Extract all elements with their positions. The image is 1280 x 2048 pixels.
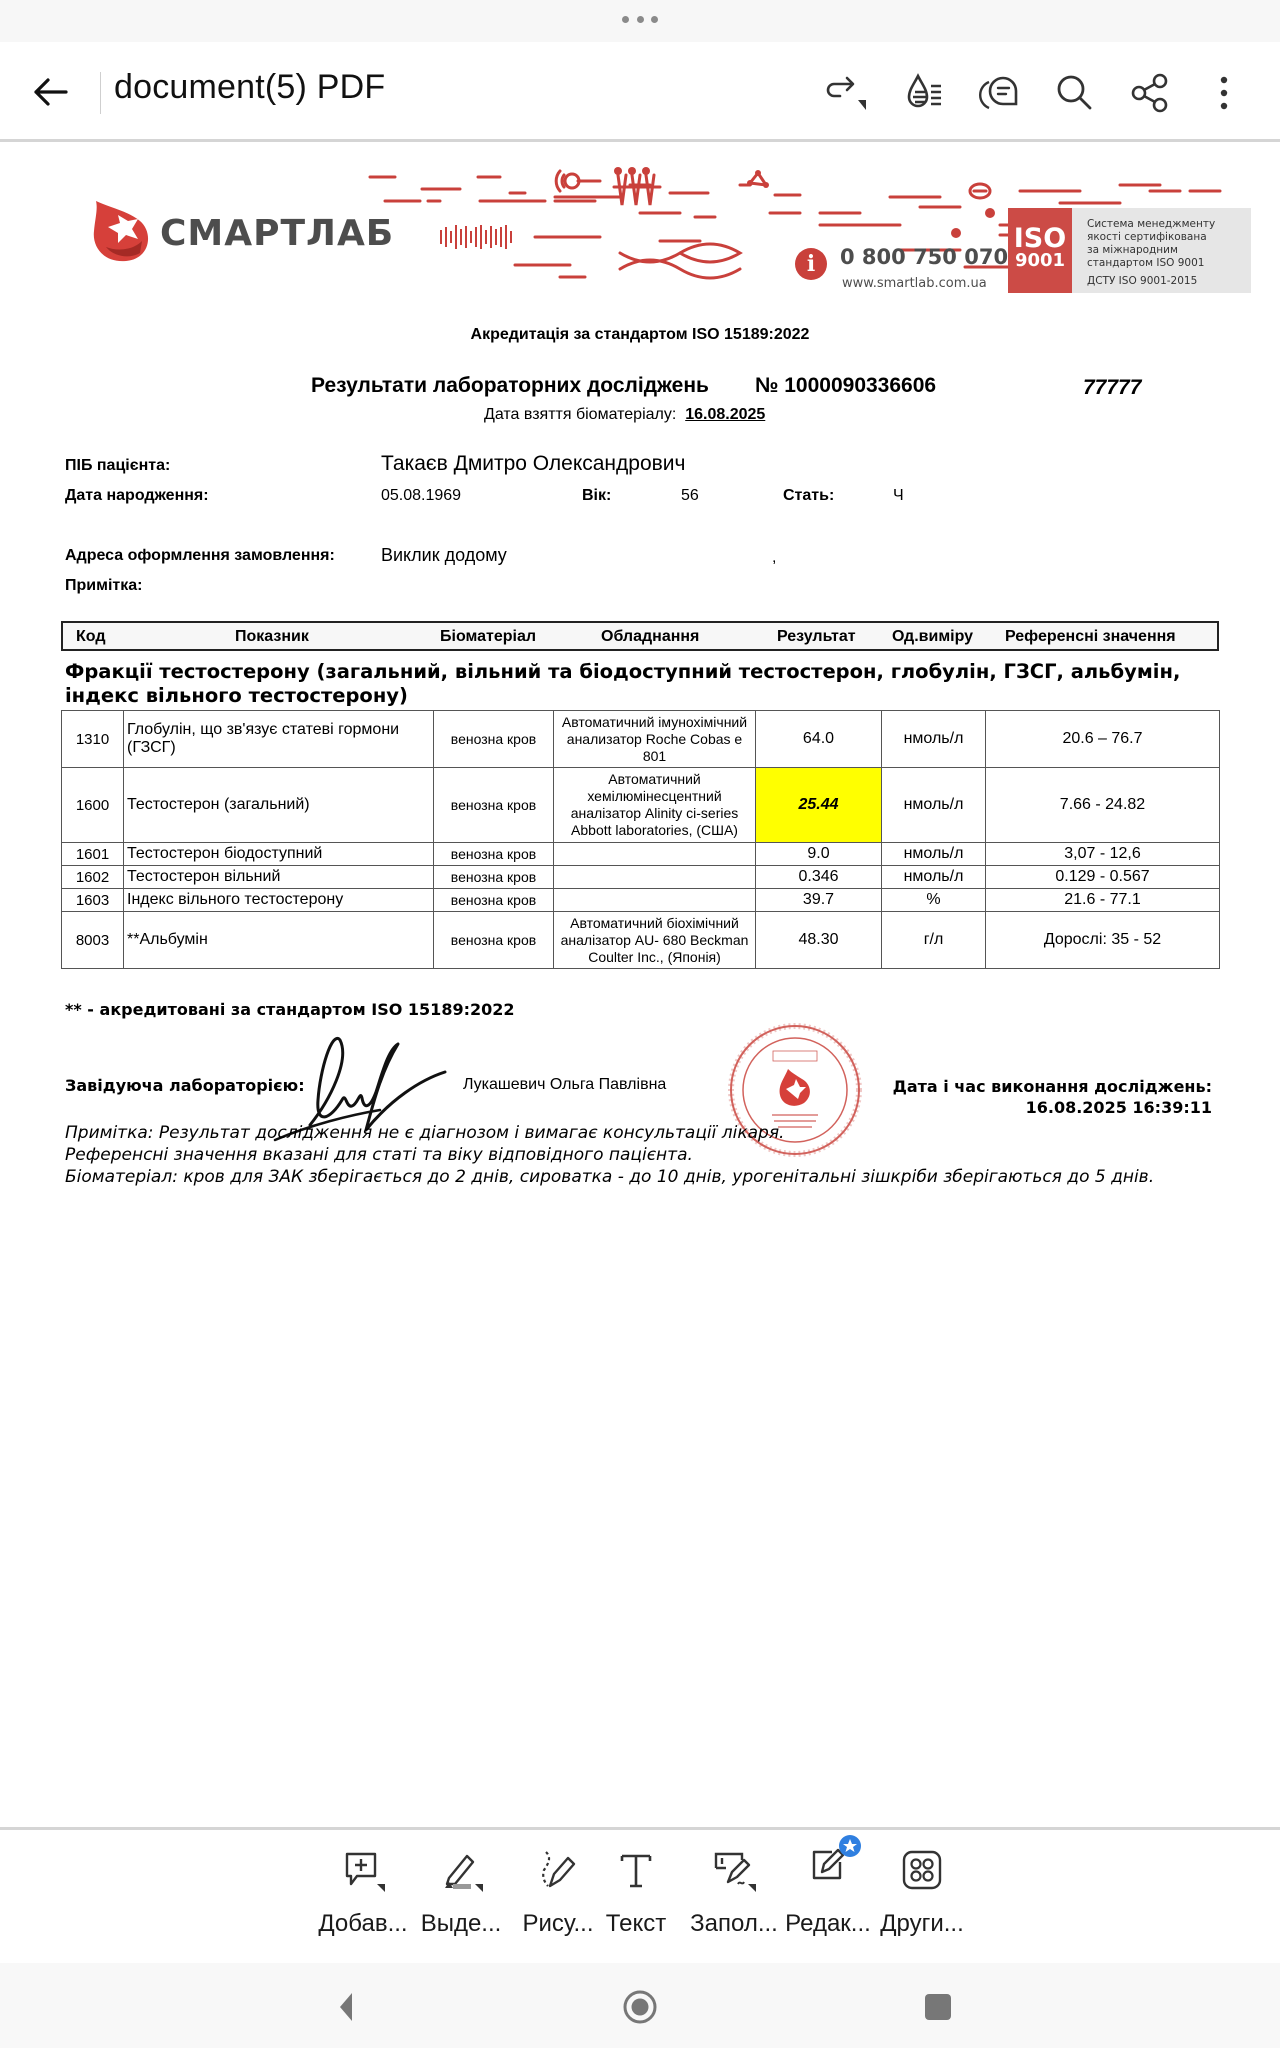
results-table-header: Код Показник Біоматеріал Обладнання Резу… bbox=[61, 621, 1219, 651]
report-code: 77777 bbox=[1083, 376, 1141, 400]
edit-icon bbox=[806, 1834, 864, 1884]
note-label: Примітка: bbox=[65, 577, 142, 595]
row-unit: нмоль/л bbox=[882, 711, 986, 768]
sex-label: Стать: bbox=[783, 487, 834, 505]
row-reference: 7.66 - 24.82 bbox=[986, 768, 1220, 843]
title-divider bbox=[100, 72, 101, 114]
nav-recents-icon bbox=[916, 1985, 960, 2029]
add-comment-icon bbox=[341, 1848, 387, 1894]
iso-certification-badge: ISO 9001 Система менеджменту якості серт… bbox=[1008, 208, 1251, 293]
back-button[interactable] bbox=[28, 72, 72, 112]
row-indicator: Глобулін, що зв'язує статеві гормони (ГЗ… bbox=[124, 711, 434, 768]
row-equipment bbox=[554, 889, 756, 912]
row-result: 0.346 bbox=[756, 866, 882, 889]
tool-more[interactable]: Други... bbox=[872, 1848, 972, 1958]
row-biomaterial: венозна кров bbox=[434, 866, 554, 889]
draw-icon bbox=[536, 1848, 582, 1894]
search-icon bbox=[1052, 70, 1098, 116]
row-result: 39.7 bbox=[756, 889, 882, 912]
row-unit: нмоль/л bbox=[882, 843, 986, 866]
row-equipment: Автоматичний хемілюмінесцентний аналізат… bbox=[554, 768, 756, 843]
report-title: Результати лабораторних досліджень bbox=[311, 374, 709, 398]
row-result: 48.30 bbox=[756, 912, 882, 969]
row-code: 1603 bbox=[62, 889, 124, 912]
note-line: Біоматеріал: кров для ЗАК зберігається д… bbox=[65, 1166, 1154, 1188]
comments-icon bbox=[977, 70, 1023, 116]
more-options-icon bbox=[1202, 70, 1248, 116]
address-extra: , bbox=[772, 549, 776, 567]
table-row: 1603Індекс вільного тестостеронувенозна … bbox=[62, 889, 1220, 912]
accreditation-line: Акредитація за стандартом ISO 15189:2022 bbox=[0, 326, 1280, 344]
row-biomaterial: венозна кров bbox=[434, 889, 554, 912]
row-biomaterial: венозна кров bbox=[434, 711, 554, 768]
note-line: Примітка: Результат дослідження не є діа… bbox=[65, 1122, 1154, 1144]
results-table: 1310Глобулін, що зв'язує статеві гормони… bbox=[61, 710, 1220, 969]
col-reference: Референсні значення bbox=[1005, 628, 1176, 646]
tool-label: Други... bbox=[862, 1910, 982, 1938]
pdf-page[interactable]: СМАРТЛАБ i 0 800 750 070 www.smartlab.co… bbox=[0, 145, 1280, 1825]
nav-back-button[interactable] bbox=[322, 1985, 366, 2029]
col-biomaterial: Біоматеріал bbox=[440, 628, 536, 646]
share-button[interactable] bbox=[1127, 70, 1173, 116]
dob-value: 05.08.1969 bbox=[381, 487, 461, 505]
head-of-lab-label: Завідуюча лабораторією: bbox=[65, 1076, 305, 1095]
nav-home-button[interactable] bbox=[618, 1985, 662, 2029]
tool-fill-sign[interactable]: Запол... bbox=[684, 1848, 784, 1958]
lab-phone[interactable]: 0 800 750 070 bbox=[840, 245, 1008, 269]
row-reference: 3,07 - 12,6 bbox=[986, 843, 1220, 866]
row-reference: 0.129 - 0.567 bbox=[986, 866, 1220, 889]
table-row: 1601Тестостерон біодоступнийвенозна кров… bbox=[62, 843, 1220, 866]
sex-value: Ч bbox=[893, 487, 904, 505]
col-indicator: Показник bbox=[235, 628, 309, 646]
col-code: Код bbox=[76, 628, 105, 646]
tool-text[interactable]: Текст bbox=[586, 1848, 686, 1958]
row-unit: нмоль/л bbox=[882, 866, 986, 889]
row-unit: нмоль/л bbox=[882, 768, 986, 843]
report-number: № 1000090336606 bbox=[755, 374, 936, 398]
system-nav-bar bbox=[0, 1963, 1280, 2048]
row-reference: 21.6 - 77.1 bbox=[986, 889, 1220, 912]
row-code: 1602 bbox=[62, 866, 124, 889]
row-equipment bbox=[554, 843, 756, 866]
age-value: 56 bbox=[681, 487, 699, 505]
sample-date-line: Дата взяття біоматеріалу: 16.08.2025 bbox=[484, 406, 765, 424]
reading-mode-button[interactable] bbox=[903, 70, 949, 116]
nav-recents-button[interactable] bbox=[916, 1985, 960, 2029]
tool-highlight[interactable]: Выде... bbox=[411, 1848, 511, 1958]
row-biomaterial: венозна кров bbox=[434, 912, 554, 969]
note-line: Референсні значення вказані для статі та… bbox=[65, 1144, 1154, 1166]
share-icon bbox=[1127, 70, 1173, 116]
sample-date-value: 16.08.2025 bbox=[685, 406, 765, 423]
continue-reading-button[interactable] bbox=[822, 70, 868, 116]
lab-website[interactable]: www.smartlab.com.ua bbox=[842, 276, 987, 291]
back-arrow-icon bbox=[28, 72, 72, 112]
head-of-lab-name: Лукашевич Ольга Павлівна bbox=[463, 1076, 666, 1094]
row-reference: Дорослі: 35 - 52 bbox=[986, 912, 1220, 969]
row-biomaterial: венозна кров bbox=[434, 843, 554, 866]
col-result: Результат bbox=[777, 628, 856, 646]
patient-name-label: ПІБ пацієнта: bbox=[65, 457, 170, 475]
iso-text: Система менеджменту якості сертифікована… bbox=[1087, 218, 1215, 288]
address-value: Виклик додому bbox=[381, 545, 507, 566]
row-indicator: Тестостерон біодоступний bbox=[124, 843, 434, 866]
report-notes: Примітка: Результат дослідження не є діа… bbox=[65, 1122, 1154, 1188]
smartlab-logo-icon bbox=[88, 197, 158, 267]
execution-datetime: Дата і час виконання досліджень: 16.08.2… bbox=[893, 1076, 1212, 1118]
text-icon bbox=[614, 1848, 660, 1894]
comments-button[interactable] bbox=[977, 70, 1023, 116]
row-unit: % bbox=[882, 889, 986, 912]
row-equipment bbox=[554, 866, 756, 889]
info-icon: i bbox=[795, 248, 827, 280]
test-panel-title: Фракції тестостерону (загальний, вільний… bbox=[65, 660, 1215, 708]
annotation-toolbar: Добав... Выде... Рису... Текст Запол bbox=[0, 1827, 1280, 1960]
continue-reading-icon bbox=[822, 70, 868, 116]
system-top-strip bbox=[0, 0, 1280, 42]
row-indicator: Тестостерон вільний bbox=[124, 866, 434, 889]
row-indicator: Тестостерон (загальний) bbox=[124, 768, 434, 843]
table-row: 1310Глобулін, що зв'язує статеві гормони… bbox=[62, 711, 1220, 768]
reading-mode-icon bbox=[903, 70, 949, 116]
patient-name: Такаєв Дмитро Олександрович bbox=[381, 452, 685, 476]
row-equipment: Автоматичний біохімічний аналізатор AU- … bbox=[554, 912, 756, 969]
row-code: 1600 bbox=[62, 768, 124, 843]
row-equipment: Автоматичний імунохімічний анализатор Ro… bbox=[554, 711, 756, 768]
search-button[interactable] bbox=[1052, 70, 1098, 116]
fill-sign-icon bbox=[712, 1848, 758, 1894]
table-row: 1602Тестостерон вільнийвенозна кров0.346… bbox=[62, 866, 1220, 889]
tool-add-comment[interactable]: Добав... bbox=[313, 1848, 413, 1958]
row-indicator: **Альбумін bbox=[124, 912, 434, 969]
row-biomaterial: венозна кров bbox=[434, 768, 554, 843]
accreditation-footnote: ** - акредитовані за стандартом ISO 1518… bbox=[65, 1000, 515, 1019]
address-label: Адреса оформлення замовлення: bbox=[65, 547, 335, 565]
age-label: Вік: bbox=[582, 487, 611, 505]
app-bar: document(5) PDF bbox=[0, 42, 1280, 142]
col-unit: Од.виміру bbox=[892, 628, 973, 646]
row-result: 9.0 bbox=[756, 843, 882, 866]
row-code: 1601 bbox=[62, 843, 124, 866]
document-title: document(5) PDF bbox=[114, 68, 385, 107]
highlight-icon bbox=[439, 1848, 485, 1894]
nav-home-icon bbox=[618, 1985, 662, 2029]
row-result: 64.0 bbox=[756, 711, 882, 768]
more-options-button[interactable] bbox=[1202, 70, 1248, 116]
table-row: 1600Тестостерон (загальний)венозна кровА… bbox=[62, 768, 1220, 843]
window-handle[interactable] bbox=[622, 16, 658, 26]
iso-9001-icon: ISO 9001 bbox=[1008, 208, 1072, 293]
more-tools-icon bbox=[900, 1848, 946, 1894]
row-reference: 20.6 – 76.7 bbox=[986, 711, 1220, 768]
table-row: 8003**Альбумінвенозна кровАвтоматичний б… bbox=[62, 912, 1220, 969]
row-indicator: Індекс вільного тестостерону bbox=[124, 889, 434, 912]
dob-label: Дата народження: bbox=[65, 487, 209, 505]
row-result-flagged: 25.44 bbox=[756, 768, 882, 843]
row-unit: г/л bbox=[882, 912, 986, 969]
row-code: 8003 bbox=[62, 912, 124, 969]
nav-back-icon bbox=[322, 1985, 366, 2029]
tool-edit[interactable]: Редак... bbox=[778, 1848, 878, 1958]
row-code: 1310 bbox=[62, 711, 124, 768]
execution-datetime-value: 16.08.2025 16:39:11 bbox=[1026, 1098, 1212, 1117]
col-equipment: Обладнання bbox=[601, 628, 699, 646]
